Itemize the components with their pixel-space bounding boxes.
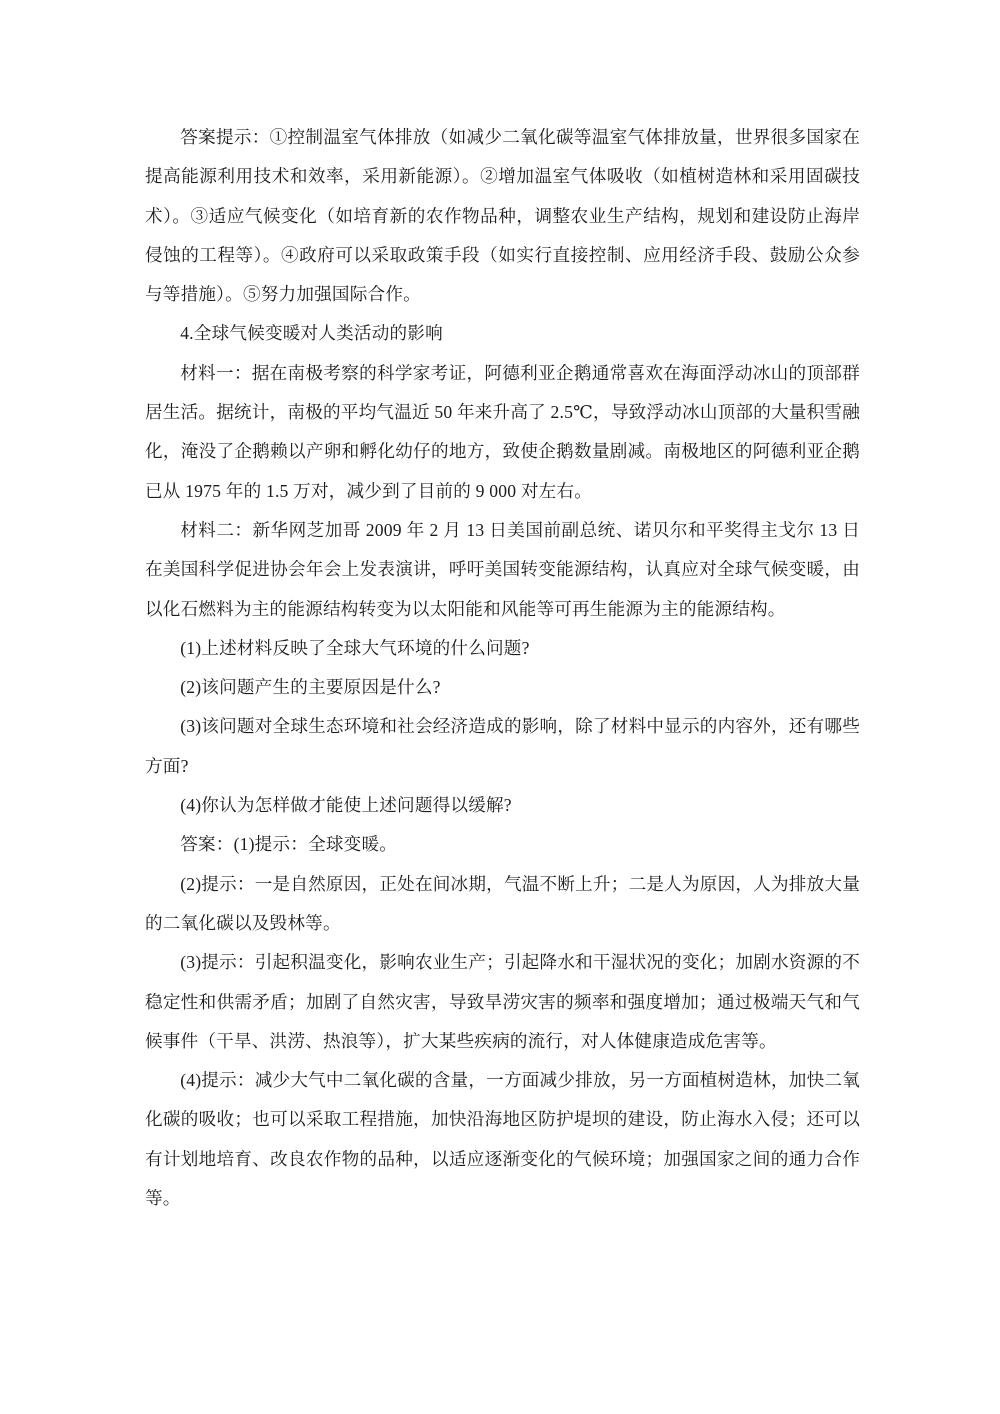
question-3: (3)该问题对全球生态环境和社会经济造成的影响，除了材料中显示的内容外，还有哪些… (145, 707, 860, 786)
question-2: (2)该问题产生的主要原因是什么? (145, 668, 860, 707)
document-content: 答案提示：①控制温室气体排放（如减少二氧化碳等温室气体排放量，世界很多国家在提高… (145, 118, 860, 1218)
document-page: 答案提示：①控制温室气体排放（如减少二氧化碳等温室气体排放量，世界很多国家在提高… (0, 0, 1000, 1414)
section-heading-4: 4.全球气候变暖对人类活动的影响 (145, 314, 860, 353)
answer-2: (2)提示：一是自然原因，正处在间冰期，气温不断上升；二是人为原因，人为排放大量… (145, 865, 860, 944)
answer-hint-paragraph: 答案提示：①控制温室气体排放（如减少二氧化碳等温室气体排放量，世界很多国家在提高… (145, 118, 860, 314)
answer-3: (3)提示：引起积温变化，影响农业生产；引起降水和干湿状况的变化；加剧水资源的不… (145, 943, 860, 1061)
question-1: (1)上述材料反映了全球大气环境的什么问题? (145, 629, 860, 668)
material-2-paragraph: 材料二：新华网芝加哥 2009 年 2 月 13 日美国前副总统、诺贝尔和平奖得… (145, 511, 860, 629)
answer-4: (4)提示：减少大气中二氧化碳的含量，一方面减少排放，另一方面植树造林，加快二氧… (145, 1061, 860, 1218)
answer-1: 答案：(1)提示：全球变暖。 (145, 825, 860, 864)
material-1-paragraph: 材料一：据在南极考察的科学家考证，阿德利亚企鹅通常喜欢在海面浮动冰山的顶部群居生… (145, 354, 860, 511)
question-4: (4)你认为怎样做才能使上述问题得以缓解? (145, 786, 860, 825)
